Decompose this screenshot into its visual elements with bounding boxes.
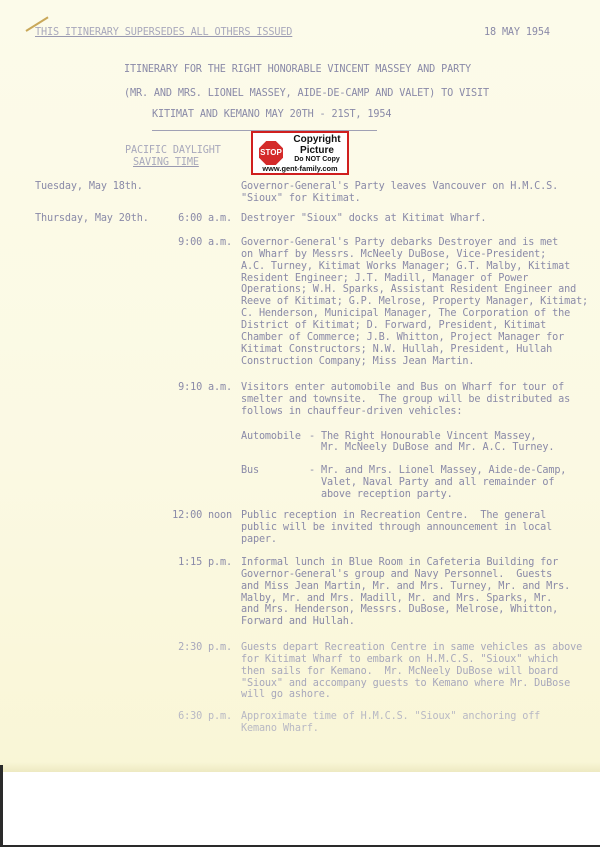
entry-description-line: will go ashore. (241, 689, 331, 701)
watermark-url: www.gent-family.com (253, 164, 347, 173)
watermark-line-2: Picture (287, 145, 347, 156)
vehicle-passengers-line: Mr. McNeely DuBose and Mr. A.C. Turney. (309, 442, 554, 454)
entry-description-line: Resident Engineer; J.T. Madill, Manager … (241, 273, 528, 285)
title-line-1: ITINERARY FOR THE RIGHT HONORABLE VINCEN… (124, 64, 471, 76)
watermark-line-3: Do NOT Copy (287, 156, 347, 164)
entry-description-line: Informal lunch in Blue Room in Cafeteria… (241, 557, 558, 569)
entry-description-line: Public reception in Recreation Centre. T… (241, 510, 546, 522)
entry-description-line: smelter and townsite. The group will be … (241, 394, 570, 406)
entry-description-line: Guests depart Recreation Centre in same … (241, 642, 582, 654)
entry-description-line: Chamber of Commerce; J.B. Whitton, Proje… (241, 332, 564, 344)
entry-description-line: Approximate time of H.M.C.S. "Sioux" anc… (241, 711, 540, 723)
entry-time: 2:30 p.m. (178, 642, 232, 654)
entry-description-line: District of Kitimat; D. Forward, Preside… (241, 320, 546, 332)
entry-time: 9:10 a.m. (178, 382, 232, 394)
vehicle-passengers-line: above reception party. (309, 489, 453, 501)
entry-description-line: Forward and Hullah. (241, 616, 355, 628)
entry-time: 6:30 p.m. (178, 711, 232, 723)
entry-description-line: Visitors enter automobile and Bus on Wha… (241, 382, 564, 394)
supersedes-notice: THIS ITINERARY SUPERSEDES ALL OTHERS ISS… (35, 27, 292, 39)
copyright-watermark: STOP Copyright Picture Do NOT Copy www.g… (251, 131, 349, 175)
entry-description-line: A.C. Turney, Kitimat Works Manager; G.T.… (241, 261, 570, 273)
entry-description-line: and Miss Jean Martin, Mr. and Mrs. Turne… (241, 581, 570, 593)
entry-description-line: C. Henderson, Municipal Manager, The Cor… (241, 308, 570, 320)
entry-description-line: Kitimat Constructors; N.W. Hullah, Presi… (241, 344, 552, 356)
entry-day: Thursday, May 20th. (35, 213, 149, 225)
time-zone-label-2: SAVING TIME (133, 157, 199, 169)
entry-description-line: Governor-General's Party debarks Destroy… (241, 237, 558, 249)
entry-description-line: paper. (241, 534, 277, 546)
entry-description-line: Operations; W.H. Sparks, Assistant Resid… (241, 284, 576, 296)
entry-time: 6:00 a.m. (178, 213, 232, 225)
entry-description-line: Reeve of Kitimat; G.P. Melrose, Property… (241, 296, 588, 308)
vehicle-name: Bus (241, 465, 259, 477)
entry-description-line: and Mrs. Henderson, Messrs. DuBose, Melr… (241, 604, 558, 616)
title-line-2: (MR. AND MRS. LIONEL MASSEY, AIDE-DE-CAM… (124, 88, 489, 100)
entry-description-line: then sails for Kemano. Mr. McNeely DuBos… (241, 666, 558, 678)
entry-description-line: "Sioux" for Kitimat. (241, 193, 361, 205)
title-line-3: KITIMAT AND KEMANO MAY 20TH - 21ST, 1954 (152, 109, 391, 121)
entry-time: 9:00 a.m. (178, 237, 232, 249)
entry-description-line: public will be invited through announcem… (241, 522, 552, 534)
document-date: 18 MAY 1954 (484, 27, 550, 39)
entry-description-line: Governor-General's group and Navy Person… (241, 569, 552, 581)
watermark-line-1: Copyright (287, 134, 347, 145)
time-zone-label-1: PACIFIC DAYLIGHT (125, 145, 221, 157)
entry-description-line: for Kitimat Wharf to embark on H.M.C.S. … (241, 654, 558, 666)
entry-description-line: Governor-General's Party leaves Vancouve… (241, 181, 558, 193)
vehicle-passengers-line: - The Right Honourable Vincent Massey, (309, 431, 536, 443)
entry-description-line: Malby, Mr. and Mrs. Madill, Mr. and Mrs.… (241, 593, 552, 605)
entry-description-line: "Sioux" and accompany guests to Kemano w… (241, 678, 570, 690)
entry-description-line: follows in chauffeur-driven vehicles: (241, 406, 462, 418)
entry-description-line: Destroyer "Sioux" docks at Kitimat Wharf… (241, 213, 486, 225)
entry-description-line: Construction Company; Miss Jean Martin. (241, 356, 474, 368)
entry-description-line: on Wharf by Messrs. McNeely DuBose, Vice… (241, 249, 546, 261)
scan-edge-left (0, 765, 3, 847)
vehicle-name: Automobile (241, 431, 301, 443)
vehicle-passengers-line: Valet, Naval Party and all remainder of (309, 477, 554, 489)
entry-time: 12:00 noon (172, 510, 232, 522)
vehicle-passengers-line: - Mr. and Mrs. Lionel Massey, Aide-de-Ca… (309, 465, 566, 477)
entry-description-line: Kemano Wharf. (241, 723, 319, 735)
stop-sign-icon: STOP (259, 141, 283, 165)
entry-day: Tuesday, May 18th. (35, 181, 143, 193)
entry-time: 1:15 p.m. (178, 557, 232, 569)
